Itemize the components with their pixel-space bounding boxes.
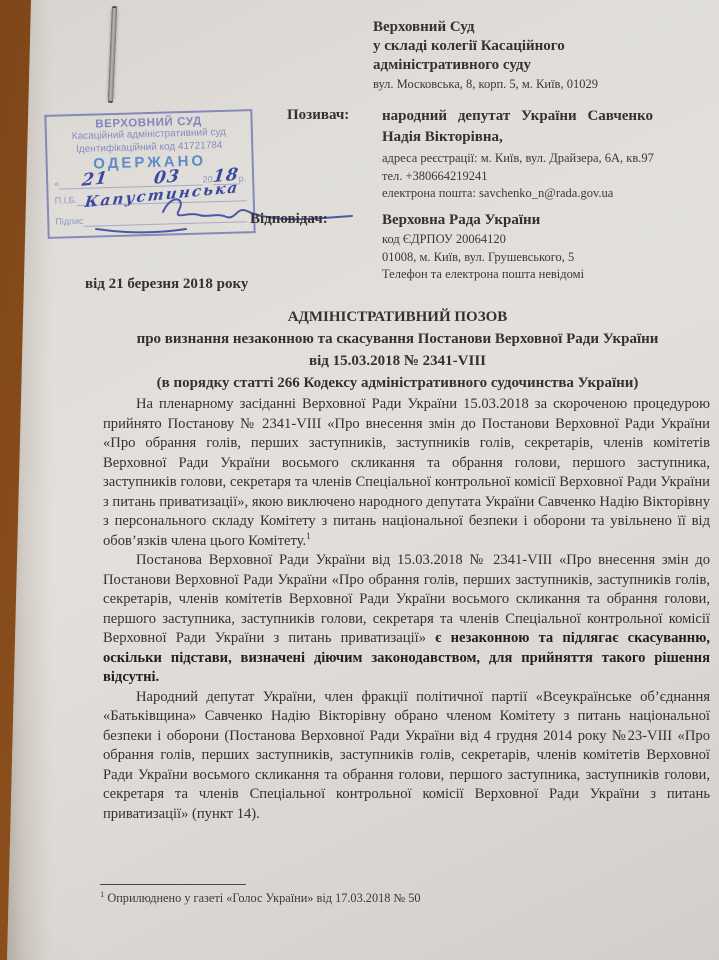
court-name-line: адміністративного суду: [373, 56, 673, 75]
respondent-block: Верховна Рада України код ЄДРПОУ 2006412…: [382, 210, 704, 284]
footnote-reference: 1: [306, 531, 311, 541]
respondent-contacts: Телефон та електрона пошта невідомі: [382, 266, 704, 284]
plaintiff-address: адреса реєстрації: м. Київ, вул. Драйзер…: [382, 150, 704, 168]
stamp-signature-label: Підпис: [55, 216, 83, 228]
staple: [108, 8, 117, 101]
court-name-line: у складі колегії Касаційного: [373, 37, 673, 56]
title-line: АДМІНІСТРАТИВНИЙ ПОЗОВ: [85, 306, 710, 328]
respondent-address: 01008, м. Київ, вул. Грушевського, 5: [382, 249, 704, 267]
stamp-day-field: 21: [59, 174, 131, 190]
plaintiff-block: народний депутат України Савченко Надія …: [382, 106, 704, 203]
footnote-marker: 1: [100, 889, 104, 899]
title-line: (в порядку статті 266 Кодексу адміністра…: [85, 372, 710, 394]
stamp-pib-label: П.І.Б.: [55, 195, 78, 207]
document-page: Верховний Суд у складі колегії Касаційно…: [0, 0, 719, 960]
document-body: На пленарному засіданні Верховної Ради У…: [103, 395, 710, 824]
stamp-signature-row: Підпис: [55, 209, 247, 227]
respondent-label: Відповідач:: [250, 211, 328, 228]
respondent-name: Верховна Рада України: [382, 210, 704, 231]
title-line: про визнання незаконною та скасування По…: [85, 328, 710, 350]
paragraph-1-text: На пленарному засіданні Верховної Ради У…: [103, 396, 710, 549]
photo-canvas: Верховний Суд у складі колегії Касаційно…: [0, 0, 719, 960]
received-stamp: ВЕРХОВНИЙ СУД Касаційний адміністративни…: [44, 109, 255, 239]
title-line: від 15.03.2018 № 2341-VIII: [85, 350, 710, 372]
footnote-text: Оприлюднено у газеті «Голос України» від…: [107, 891, 420, 905]
handwritten-day: 21: [81, 173, 108, 186]
plaintiff-phone: тел. +380664219241: [382, 168, 704, 186]
footnote: 1 Оприлюднено у газеті «Голос України» в…: [100, 884, 710, 906]
stamp-pib-field: Капустинська: [77, 186, 247, 206]
plaintiff-email: електрона пошта: savchenko_n@rada.gov.ua: [382, 185, 704, 203]
court-name-line: Верховний Суд: [373, 18, 673, 37]
court-address: вул. Московська, 8, корп. 5, м. Київ, 01…: [373, 76, 673, 93]
handwritten-month: 03: [153, 171, 180, 184]
paragraph-2: Постанова Верховної Ради України від 15.…: [103, 551, 710, 688]
paragraph-3: Народний депутат України, член фракції п…: [103, 688, 710, 825]
document-title: АДМІНІСТРАТИВНИЙ ПОЗОВ про визнання неза…: [85, 306, 710, 394]
document-date: від 21 березня 2018 року: [85, 276, 248, 293]
footnote-rule: [100, 884, 246, 885]
plaintiff-label: Позивач:: [287, 107, 349, 124]
footnote-text-line: 1 Оприлюднено у газеті «Голос України» в…: [100, 889, 710, 906]
paragraph-1: На пленарному засіданні Верховної Ради У…: [103, 395, 710, 551]
plaintiff-name: Надія Вікторівна,: [382, 127, 704, 148]
court-header: Верховний Суд у складі колегії Касаційно…: [373, 18, 673, 93]
stamp-signature-field: [83, 209, 247, 227]
plaintiff-name: народний депутат України Савченко: [382, 106, 704, 127]
respondent-edrpou: код ЄДРПОУ 20064120: [382, 231, 704, 249]
